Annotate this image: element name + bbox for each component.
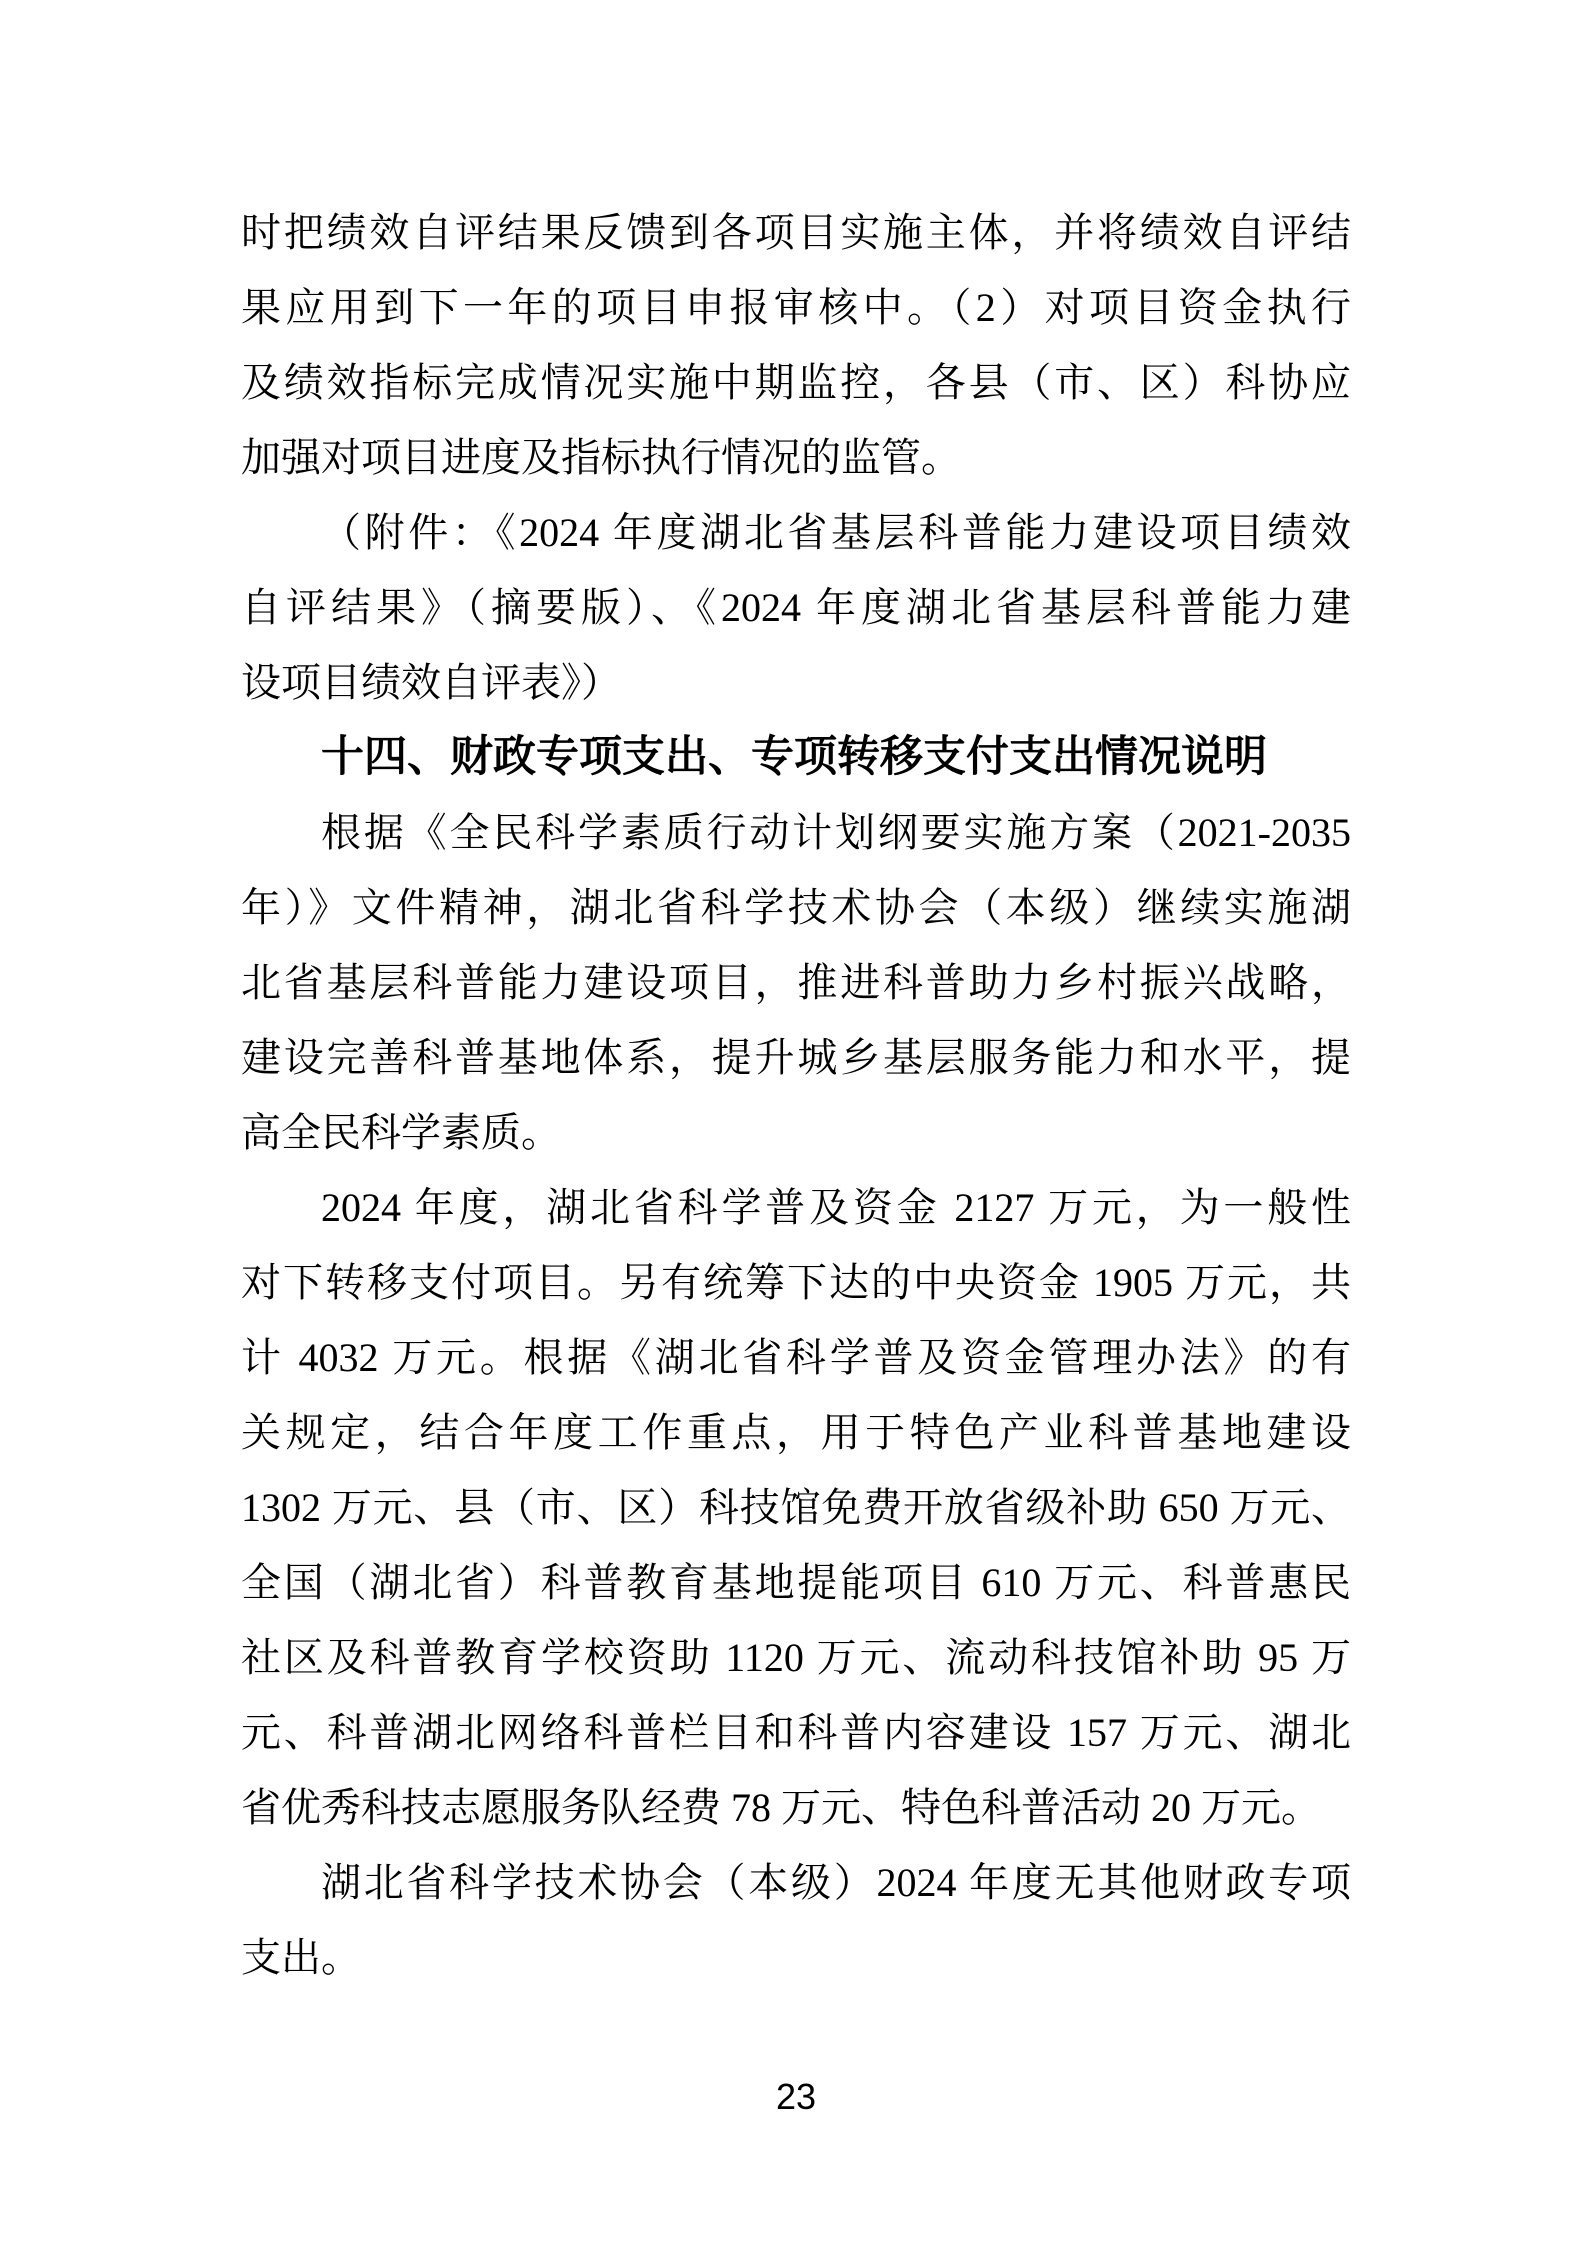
text-line: 支出。	[241, 1920, 1351, 1995]
text-line: 及绩效指标完成情况实施中期监控，各县（市、区）科协应	[241, 345, 1351, 420]
text-line: 建设完善科普基地体系，提升城乡基层服务能力和水平，提	[241, 1020, 1351, 1095]
text-line: 时把绩效自评结果反馈到各项目实施主体，并将绩效自评结	[241, 195, 1351, 270]
text-line: （附件：《2024 年度湖北省基层科普能力建设项目绩效	[241, 495, 1351, 570]
text-line: 湖北省科学技术协会（本级）2024 年度无其他财政专项	[241, 1845, 1351, 1920]
text-line: 加强对项目进度及指标执行情况的监管。	[241, 420, 1351, 495]
text-line: 元、科普湖北网络科普栏目和科普内容建设 157 万元、湖北	[241, 1695, 1351, 1770]
text-line: 对下转移支付项目。另有统筹下达的中央资金 1905 万元，共	[241, 1245, 1351, 1320]
text-line: 省优秀科技志愿服务队经费 78 万元、特色科普活动 20 万元。	[241, 1770, 1351, 1845]
text-line: 1302 万元、县（市、区）科技馆免费开放省级补助 650 万元、	[241, 1470, 1351, 1545]
text-line: 根据《全民科学素质行动计划纲要实施方案（2021-2035	[241, 795, 1351, 870]
text-line: 计 4032 万元。根据《湖北省科学普及资金管理办法》的有	[241, 1320, 1351, 1395]
text-line: 高全民科学素质。	[241, 1095, 1351, 1170]
text-line: 果应用到下一年的项目申报审核中。（2）对项目资金执行	[241, 270, 1351, 345]
text-line: 设项目绩效自评表》）	[241, 645, 1351, 720]
section-heading-line: 十四、财政专项支出、专项转移支付支出情况说明	[241, 720, 1351, 795]
text-line: 关规定，结合年度工作重点，用于特色产业科普基地建设	[241, 1395, 1351, 1470]
page: 时把绩效自评结果反馈到各项目实施主体，并将绩效自评结果应用到下一年的项目申报审核…	[0, 0, 1587, 2245]
text-line: 北省基层科普能力建设项目，推进科普助力乡村振兴战略，	[241, 945, 1351, 1020]
text-line: 自评结果》（摘要版）、《2024 年度湖北省基层科普能力建	[241, 570, 1351, 645]
document-text: 时把绩效自评结果反馈到各项目实施主体，并将绩效自评结果应用到下一年的项目申报审核…	[241, 195, 1351, 1995]
page-number: 23	[241, 2072, 1351, 2122]
text-line: 2024 年度，湖北省科学普及资金 2127 万元，为一般性	[241, 1170, 1351, 1245]
text-line: 社区及科普教育学校资助 1120 万元、流动科技馆补助 95 万	[241, 1620, 1351, 1695]
text-line: 年）》文件精神，湖北省科学技术协会（本级）继续实施湖	[241, 870, 1351, 945]
text-line: 全国（湖北省）科普教育基地提能项目 610 万元、科普惠民	[241, 1545, 1351, 1620]
